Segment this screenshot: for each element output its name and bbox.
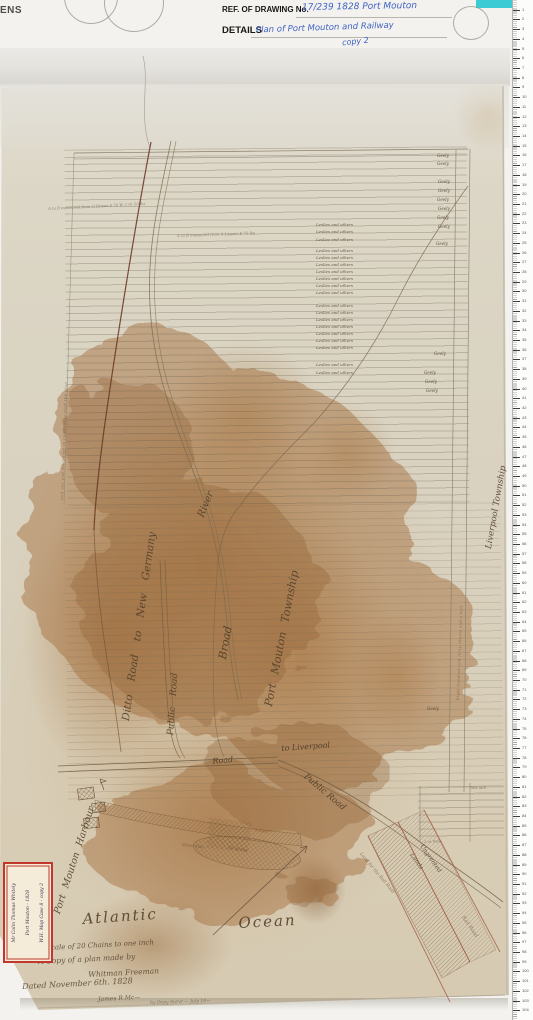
ruler-tick: [513, 641, 520, 642]
ruler-number: 50: [522, 484, 526, 488]
ruler-tick: [513, 981, 520, 982]
ruler-number: 44: [522, 425, 526, 429]
ruler-number: 64: [522, 620, 526, 624]
ruler-number: 19: [522, 183, 526, 187]
owner-name-row: Leslies and others: [316, 317, 353, 322]
ruler-tick: [513, 369, 520, 370]
ruler-number: 99: [522, 960, 526, 964]
ruler-number: 104: [522, 1008, 529, 1012]
ruler-tick: [513, 1010, 520, 1011]
ruler-tick: [513, 573, 520, 574]
ruler-tick: [513, 777, 520, 778]
owner-name-row: Leslies and others: [316, 338, 353, 343]
label-col-width: 2 ch Wide: [424, 839, 442, 844]
ruler-tick: [513, 913, 520, 914]
ruler-tick: [513, 68, 520, 69]
ruler-number: 56: [522, 542, 526, 546]
ruler-number: 48: [522, 464, 526, 468]
ruler-number: 77: [522, 746, 526, 750]
ruler-tick: [513, 903, 520, 904]
ruler-tick: [513, 971, 520, 972]
ruler-tick: [513, 631, 520, 632]
sheet-bottom-shadow: [20, 998, 508, 1010]
ruler-number: 98: [522, 950, 526, 954]
owner-name-row: Leslies and others: [316, 310, 353, 315]
ruler-tick: [513, 97, 520, 98]
ruler-number: 36: [522, 348, 526, 352]
ruler-number: 23: [522, 221, 526, 225]
geely-owner-label: Geely: [424, 370, 436, 375]
ruler-tick: [513, 194, 520, 195]
ruler-tick: [513, 1001, 520, 1002]
ruler-tick: [513, 719, 520, 720]
ruler-number: 53: [522, 513, 526, 517]
owner-name-row: Leslies and others: [316, 283, 353, 288]
geely-owner-label: Geely: [434, 351, 446, 356]
ruler-number: 83: [522, 804, 526, 808]
punch-hole: [453, 6, 489, 40]
ruler-number: 14: [522, 134, 526, 138]
ruler-number: 91: [522, 882, 526, 886]
ruler-tick: [513, 476, 520, 477]
ruler-tick: [513, 797, 520, 798]
ruler-number: 60: [522, 581, 526, 585]
ruler-number: 57: [522, 552, 526, 556]
ruler-tick: [513, 253, 520, 254]
ruler-number: 97: [522, 940, 526, 944]
ruler-number: 65: [522, 629, 526, 633]
ruler-tick: [513, 350, 520, 351]
ruler-number: 29: [522, 280, 526, 284]
ruler-number: 79: [522, 765, 526, 769]
ruler-tick: [513, 865, 520, 866]
label-ocean: Ocean: [238, 911, 297, 932]
ruler-number: 68: [522, 659, 526, 663]
ruler-tick: [513, 690, 520, 691]
ruler-tick: [513, 165, 520, 166]
label-tide-mill: Tide Mill: [470, 786, 486, 790]
ruler-number: 1: [522, 8, 524, 12]
ruler-number: 82: [522, 795, 526, 799]
ruler-tick: [513, 583, 520, 584]
ruler-tick: [513, 311, 520, 312]
ruler-number: 3: [522, 27, 524, 31]
ruler-number: 76: [522, 736, 526, 740]
red-label-line-3: W.H. Map Case 8 - copy 2: [40, 883, 45, 943]
ruler-number: 38: [522, 367, 526, 371]
ruler-number: 27: [522, 260, 526, 264]
ruler-tick: [513, 612, 520, 613]
ruler-number: 30: [522, 289, 526, 293]
ruler-number: 37: [522, 357, 526, 361]
ruler-number: 80: [522, 775, 526, 779]
ruler-tick: [513, 505, 520, 506]
red-label-line-2: Port Mouton - 1828: [26, 890, 31, 935]
ruler-tick: [513, 398, 520, 399]
photo-scale-ruler: 1234567891011121314151617181920212223242…: [512, 0, 533, 1020]
ruler-number: 89: [522, 863, 526, 867]
ruler-tick: [513, 806, 520, 807]
ruler-number: 39: [522, 377, 526, 381]
ruler-tick: [513, 651, 520, 652]
ruler-tick: [513, 49, 520, 50]
geely-owner-label: Geely: [426, 388, 438, 393]
ruler-tick: [513, 515, 520, 516]
ruler-number: 10: [522, 95, 526, 99]
ruler-tick: [513, 826, 520, 827]
ruler-tick: [513, 855, 520, 856]
ruler-number: 18: [522, 173, 526, 177]
plastic-sleeve-band: [0, 48, 510, 86]
ruler-number: 101: [522, 979, 529, 983]
ruler-tick: [513, 729, 520, 730]
ruler-tick: [513, 185, 520, 186]
ruler-tick: [513, 418, 520, 419]
ruler-number: 47: [522, 455, 526, 459]
owner-name-row: Leslies and others: [316, 331, 353, 336]
ruler-number: 93: [522, 901, 526, 905]
geely-owner-label: Geely: [437, 153, 449, 158]
ruler-number: 35: [522, 338, 526, 342]
ruler-tick: [513, 962, 520, 963]
ruler-tick: [513, 738, 520, 739]
ruler-number: 17: [522, 163, 526, 167]
ruler-tick: [513, 126, 520, 127]
ruler-tick: [513, 330, 520, 331]
ruler-tick: [513, 884, 520, 885]
ruler-number: 52: [522, 503, 526, 507]
ruler-tick: [513, 457, 520, 458]
ruler-number: 81: [522, 785, 526, 789]
ruler-tick: [513, 78, 520, 79]
ruler-tick: [513, 622, 520, 623]
ruler-number: 96: [522, 931, 526, 935]
ruler-number: 63: [522, 610, 526, 614]
ruler-number: 84: [522, 814, 526, 818]
ruler-number: 4: [522, 37, 524, 41]
ruler-number: 51: [522, 493, 526, 497]
ruler-number: 21: [522, 202, 526, 206]
owner-name-row: Leslies and others: [316, 229, 353, 234]
ruler-tick: [513, 291, 520, 292]
ruler-tick: [513, 952, 520, 953]
ruler-tick: [513, 117, 520, 118]
ruler-tick: [513, 923, 520, 924]
ruler-number: 34: [522, 328, 526, 332]
ruler-number: 90: [522, 872, 526, 876]
ruler-tick: [513, 107, 520, 108]
ruler-number: 78: [522, 756, 526, 760]
ruler-number: 22: [522, 212, 526, 216]
geely-owner-label: Geely: [427, 706, 439, 711]
ruler-tick: [513, 389, 520, 390]
ruler-tick: [513, 495, 520, 496]
archive-red-label: Mr Colin Thomas Whitely Port Mouton - 18…: [3, 862, 53, 963]
ruler-number: 61: [522, 591, 526, 595]
owner-name-row: Leslies and others: [316, 303, 353, 308]
ruler-number: 24: [522, 231, 526, 235]
ruler-number: 92: [522, 892, 526, 896]
ruler-number: 66: [522, 639, 526, 643]
ref-rule-line: [296, 17, 452, 18]
ruler-number: 13: [522, 124, 526, 128]
ruler-number: 2: [522, 17, 524, 21]
ruler-tick: [513, 58, 520, 59]
ruler-tick: [513, 223, 520, 224]
ruler-tick: [513, 680, 520, 681]
owner-name-row: Leslies and others: [316, 269, 353, 274]
ruler-tick: [513, 544, 520, 545]
owner-name-row: Leslies and others: [316, 276, 353, 281]
ruler-number: 69: [522, 668, 526, 672]
ruler-tick: [513, 379, 520, 380]
ruler-tick: [513, 748, 520, 749]
geely-owner-label: Geely: [438, 188, 450, 193]
ruler-number: 43: [522, 416, 526, 420]
ruler-number: 5: [522, 47, 524, 51]
ruler-number: 28: [522, 270, 526, 274]
ruler-number: 40: [522, 387, 526, 391]
ruler-number: 71: [522, 688, 526, 692]
ruler-number: 7: [522, 66, 524, 70]
ruler-tick: [513, 554, 520, 555]
ruler-number: 88: [522, 853, 526, 857]
ruler-number: 62: [522, 600, 526, 604]
owner-name-row: Leslies and others: [316, 222, 353, 227]
ruler-tick: [513, 146, 520, 147]
ruler-number: 67: [522, 649, 526, 653]
ruler-tick: [513, 136, 520, 137]
ruler-tick: [513, 233, 520, 234]
ruler-number: 32: [522, 309, 526, 313]
ruler-tick: [513, 10, 520, 11]
ruler-number: 74: [522, 717, 526, 721]
owner-name-row: Leslies and others: [316, 362, 353, 367]
ruler-number: 33: [522, 319, 526, 323]
geely-owner-label: Geely: [438, 179, 450, 184]
details-value: Plan of Port Mouton and Railway: [256, 21, 394, 36]
ruler-tick: [513, 301, 520, 302]
owner-name-row: Leslies and others: [316, 324, 353, 329]
ruler-number: 49: [522, 474, 526, 478]
ruler-tick: [513, 942, 520, 943]
ruler-tick: [513, 214, 520, 215]
ruler-number: 95: [522, 921, 526, 925]
ruler-tick: [513, 593, 520, 594]
owner-name-row: Leslies and others: [316, 345, 353, 350]
ruler-number: 8: [522, 76, 524, 80]
ruler-number: 9: [522, 85, 524, 89]
ruler-tick: [513, 670, 520, 671]
geely-owner-label: Geely: [437, 197, 449, 202]
plot-lines-upper: [64, 146, 469, 506]
ruler-tick: [513, 758, 520, 759]
ruler-tick: [513, 534, 520, 535]
ruler-tick: [513, 321, 520, 322]
ruler-tick: [513, 661, 520, 662]
ruler-tick: [513, 525, 520, 526]
ruler-number: 42: [522, 406, 526, 410]
owner-name-row: Leslies and others: [316, 262, 353, 267]
ruler-tick: [513, 204, 520, 205]
ruler-number: 26: [522, 251, 526, 255]
ref-drawing-value: 17/239 1828 Port Mouton: [302, 1, 417, 13]
ruler-tick: [513, 437, 520, 438]
ruler-tick: [513, 262, 520, 263]
punch-hole: [104, 0, 164, 32]
geely-owner-label: Geely: [436, 241, 448, 246]
ruler-number: 86: [522, 833, 526, 837]
ruler-tick: [513, 243, 520, 244]
ruler-number: 94: [522, 911, 526, 915]
geely-owner-label: Geely: [437, 215, 449, 220]
ruler-number: 58: [522, 561, 526, 565]
ruler-tick: [513, 767, 520, 768]
ruler-number: 41: [522, 396, 526, 400]
sheet-top-haze: [0, 84, 509, 148]
ruler-number: 55: [522, 532, 526, 536]
ruler-tick: [513, 408, 520, 409]
ruler-number: 70: [522, 678, 526, 682]
ruler-number: 16: [522, 153, 526, 157]
ruler-number: 15: [522, 144, 526, 148]
ruler-number: 72: [522, 697, 526, 701]
ruler-tick: [513, 894, 520, 895]
ruler-number: 12: [522, 115, 526, 119]
ruler-number: 6: [522, 56, 524, 60]
ruler-tick: [513, 699, 520, 700]
ruler-tick: [513, 486, 520, 487]
corner-stamp-text: ENS: [0, 5, 22, 16]
ruler-number: 75: [522, 727, 526, 731]
ref-drawing-label: REF. OF DRAWING No.: [222, 5, 309, 14]
ruler-tick: [513, 39, 520, 40]
ruler-number: 85: [522, 824, 526, 828]
ruler-number: 25: [522, 241, 526, 245]
ruler-number: 103: [522, 999, 529, 1003]
geely-owner-label: Geely: [437, 161, 449, 166]
owner-name-row: Leslies and others: [316, 370, 353, 375]
ruler-number: 45: [522, 435, 526, 439]
ruler-number: 46: [522, 445, 526, 449]
ruler-number: 100: [522, 969, 529, 973]
ruler-tick: [513, 155, 520, 156]
owner-name-row: Leslies and others: [316, 255, 353, 260]
ruler-tick: [513, 787, 520, 788]
ruler-tick: [513, 563, 520, 564]
details-copy-number: copy 2: [342, 36, 370, 48]
owner-name-row: Leslies and others: [316, 290, 353, 295]
ruler-tick: [513, 340, 520, 341]
geely-owner-label: Geely: [438, 206, 450, 211]
ruler-tick: [513, 282, 520, 283]
plot-lines-mill-lots: [418, 785, 505, 840]
ruler-number: 11: [522, 105, 526, 109]
ruler-tick: [513, 816, 520, 817]
ruler-number: 20: [522, 192, 526, 196]
ruler-tick: [513, 19, 520, 20]
ruler-tick: [513, 175, 520, 176]
ruler-number: 31: [522, 299, 526, 303]
ruler-tick: [513, 447, 520, 448]
owner-name-row: Leslies and others: [316, 248, 353, 253]
ruler-tick: [513, 845, 520, 846]
ruler-tick: [513, 709, 520, 710]
geely-owner-label: Geely: [438, 224, 450, 229]
ruler-number: 54: [522, 523, 526, 527]
ruler-tick: [513, 29, 520, 30]
ruler-number: 73: [522, 707, 526, 711]
ruler-tick: [513, 87, 520, 88]
ruler-tick: [513, 991, 520, 992]
geely-owner-label: Geely: [425, 379, 437, 384]
ruler-tick: [513, 272, 520, 273]
ruler-number: 102: [522, 989, 529, 993]
ruler-tick: [513, 933, 520, 934]
ruler-tick: [513, 427, 520, 428]
owner-name-row: Leslies and others: [316, 237, 353, 242]
ruler-tick: [513, 359, 520, 360]
ruler-tick: [513, 874, 520, 875]
archival-map-photo: { "colors": {"accent_cyan":"#3bcbd4","la…: [0, 0, 533, 1020]
ruler-number: 87: [522, 843, 526, 847]
red-label-line-1: Mr Colin Thomas Whitely: [12, 883, 17, 942]
ruler-tick: [513, 835, 520, 836]
ruler-number: 59: [522, 571, 526, 575]
ruler-tick: [513, 466, 520, 467]
ruler-tick: [513, 602, 520, 603]
